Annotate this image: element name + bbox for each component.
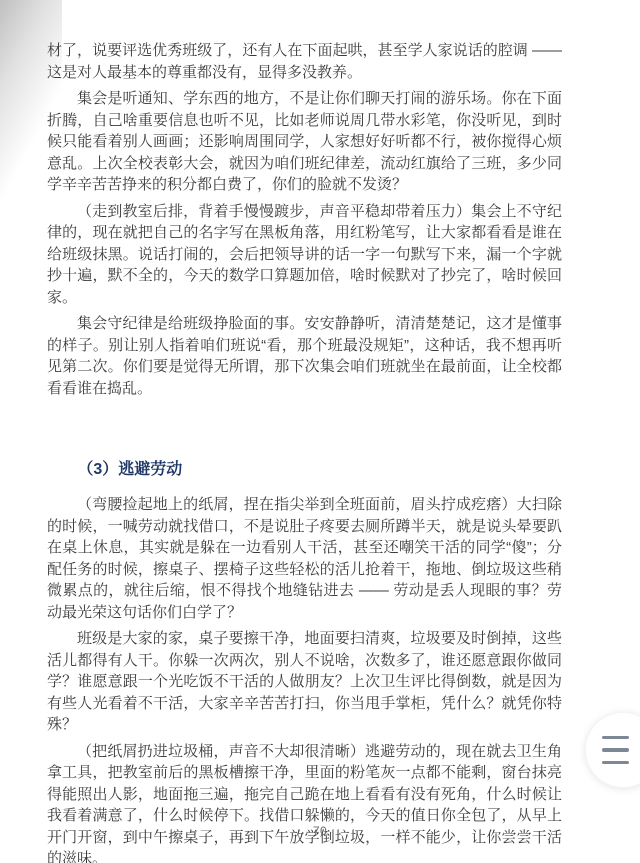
hamburger-menu-icon <box>602 736 629 740</box>
page-number: 70 <box>313 824 327 838</box>
hamburger-menu-icon <box>602 748 629 752</box>
page-footer: 70 <box>0 822 640 840</box>
paragraph: 集会是听通知、学东西的地方，不是让你们聊天打闹的游乐场。你在下面折腾，自己啥重要… <box>47 88 562 196</box>
document-page: 材了，说要评选优秀班级了，还有人在下面起哄，甚至学人家说话的腔调 —— 这是对人… <box>0 0 640 863</box>
document-content: 材了，说要评选优秀班级了，还有人在下面起哄，甚至学人家说话的腔调 —— 这是对人… <box>0 0 640 863</box>
paragraph: （走到教室后排，背着手慢慢踱步，声音平稳却带着压力）集会上不守纪律的，现在就把自… <box>47 201 562 309</box>
paragraph: （弯腰捡起地上的纸屑，捏在指尖举到全班面前，眉头拧成疙瘩）大扫除的时候，一喊劳动… <box>47 494 562 623</box>
paragraph: 集会守纪律是给班级挣脸面的事。安安静静听，清清楚楚记，这才是懂事的样子。别让别人… <box>47 313 562 399</box>
hamburger-menu-icon <box>602 761 629 765</box>
section-heading: （3）逃避劳动 <box>47 459 562 481</box>
paragraph: （把纸屑扔进垃圾桶，声音不大却很清晰）逃避劳动的，现在就去卫生角拿工具，把教室前… <box>47 741 562 863</box>
paragraph: 班级是大家的家，桌子要擦干净，地面要扫清爽，垃圾要及时倒掉，这些活儿都得有人干。… <box>47 628 562 736</box>
paragraph: 材了，说要评选优秀班级了，还有人在下面起哄，甚至学人家说话的腔调 —— 这是对人… <box>47 40 562 83</box>
